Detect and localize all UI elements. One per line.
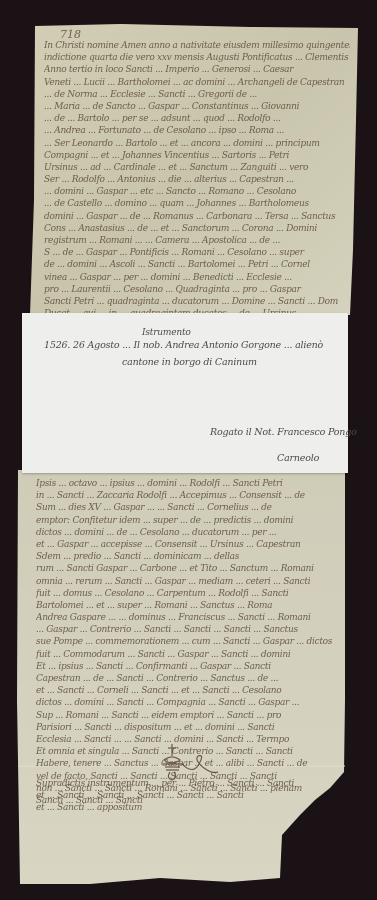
text-line: ... Andrea ... Fortunato ... de Cesolano… <box>44 125 350 137</box>
label-line-1: 1526. 26 Agosto ... Il nob. Andrea Anton… <box>44 340 323 351</box>
archival-label-strip: Istrumento 1526. 26 Agosto ... Il nob. A… <box>22 313 348 473</box>
text-line: Sum ... dies XV ... Gaspar ... ... Sanct… <box>36 502 342 514</box>
text-line: Capestran ... de ... Sancti ... Contreri… <box>36 673 342 685</box>
label-notary-line: Rogato il Not. Francesco Pongo <box>210 427 357 438</box>
text-line: pro ... Laurentii ... Cesolano ... Quadr… <box>44 284 350 296</box>
subscription-block: Supradictis instrumentum ... per ... Pie… <box>36 778 336 815</box>
label-line-2: cantone in borgo di Caninum <box>122 357 257 368</box>
text-line: Andrea Gaspare ... ... dominus ... Franc… <box>36 612 342 624</box>
text-line: domini ... Gaspar ... de ... Romanus ...… <box>44 211 350 223</box>
text-line: et ... Sancti ... appositum <box>36 802 336 814</box>
text-line: registrum ... Romani ... ... Camera ... … <box>44 235 350 247</box>
text-line: Sup ... Romani ... Sancti ... eidem empt… <box>36 710 342 722</box>
text-line: Compagni ... et ... Johannes Vincentius … <box>44 150 350 162</box>
text-line: Supradictis instrumentum ... per ... Pie… <box>36 778 336 790</box>
text-line: ... domini ... Gaspar ... etc ... Sancto… <box>44 186 350 198</box>
text-line: ... Gaspar ... Contrerio ... Sancti ... … <box>36 624 342 636</box>
text-line: vinea ... Gaspar ... per ... domini ... … <box>44 272 350 284</box>
text-line: ... de Castello ... domino ... quam ... … <box>44 198 350 210</box>
text-line: Veneti ... Lucii ... Bartholomei ... ac … <box>44 77 350 89</box>
text-line: ... Ser Leonardo ... Bartolo ... et ... … <box>44 138 350 150</box>
text-line: et ... Gaspar ... accepisse ... Consensi… <box>36 539 342 551</box>
text-line: Parisiori ... Sancti ... dispositum ... … <box>36 722 342 734</box>
text-block-upper: In Christi nomine Amen anno a nativitate… <box>44 40 350 320</box>
text-line: dictos ... domini ... de ... Cesolano ..… <box>36 527 342 539</box>
text-line: Sdem ... predio ... Sancti ... dominicam… <box>36 551 342 563</box>
text-line: indictione quarta die vero xxv mensis Au… <box>44 52 350 64</box>
text-line: omnia ... rerum ... Sancti ... Gaspar ..… <box>36 576 342 588</box>
text-line: ... Maria ... de Sancto ... Gaspar ... C… <box>44 101 350 113</box>
text-line: fuit ... Commodarum ... Sancti ... Gaspa… <box>36 649 342 661</box>
label-top-right: Istrumento <box>142 328 191 338</box>
text-line: dictos ... domini ... Sancti ... Compagn… <box>36 697 342 709</box>
manuscript-viewer: 718 In Christi nomine Amen anno a nativi… <box>0 0 377 900</box>
text-line: Et ... ipsius ... Sancti ... Confirmanti… <box>36 661 342 673</box>
text-line: Ursinus ... ad ... Cardinale ... et ... … <box>44 162 350 174</box>
text-line: ... de Norma ... Ecclesie ... Sancti ...… <box>44 89 350 101</box>
text-line: Anno tertio in loco Sancti ... Imperio .… <box>44 64 350 76</box>
text-line: S ... de ... Gaspar ... Pontificis ... R… <box>44 247 350 259</box>
text-line: et ... Sancti ... Sancti ... Sancti ... … <box>36 790 336 802</box>
label-signature: Carneolo <box>277 453 319 464</box>
text-line: sue Pompe ... commemorationem ... cum ..… <box>36 636 342 648</box>
text-line: emptor: Confitetur idem ... super ... de… <box>36 515 342 527</box>
text-line: de ... domini ... Ascoli ... Sancti ... … <box>44 259 350 271</box>
text-line: fuit ... domus ... Cesolano ... Carpentu… <box>36 588 342 600</box>
text-line: ... de ... Bartolo ... per se ... adsunt… <box>44 113 350 125</box>
text-line: In Christi nomine Amen anno a nativitate… <box>44 40 350 52</box>
text-line: Cons ... Anastasius ... de ... et ... Sa… <box>44 223 350 235</box>
text-line: Sancti Petri ... quadraginta ... ducator… <box>44 296 350 308</box>
text-line: rum ... Sancti Gaspar ... Carbone ... et… <box>36 563 342 575</box>
text-line: Ser ... Rodolfo ... Antonius ... die ...… <box>44 174 350 186</box>
text-line: Bartolomei ... et ... super ... Romani .… <box>36 600 342 612</box>
text-line: Ipsis ... octavo ... ipsius ... domini .… <box>36 478 342 490</box>
text-line: in ... Sancti ... Zaccaria Rodolfi ... A… <box>36 490 342 502</box>
text-line: et ... Sancti ... Corneli ... Sancti ...… <box>36 685 342 697</box>
